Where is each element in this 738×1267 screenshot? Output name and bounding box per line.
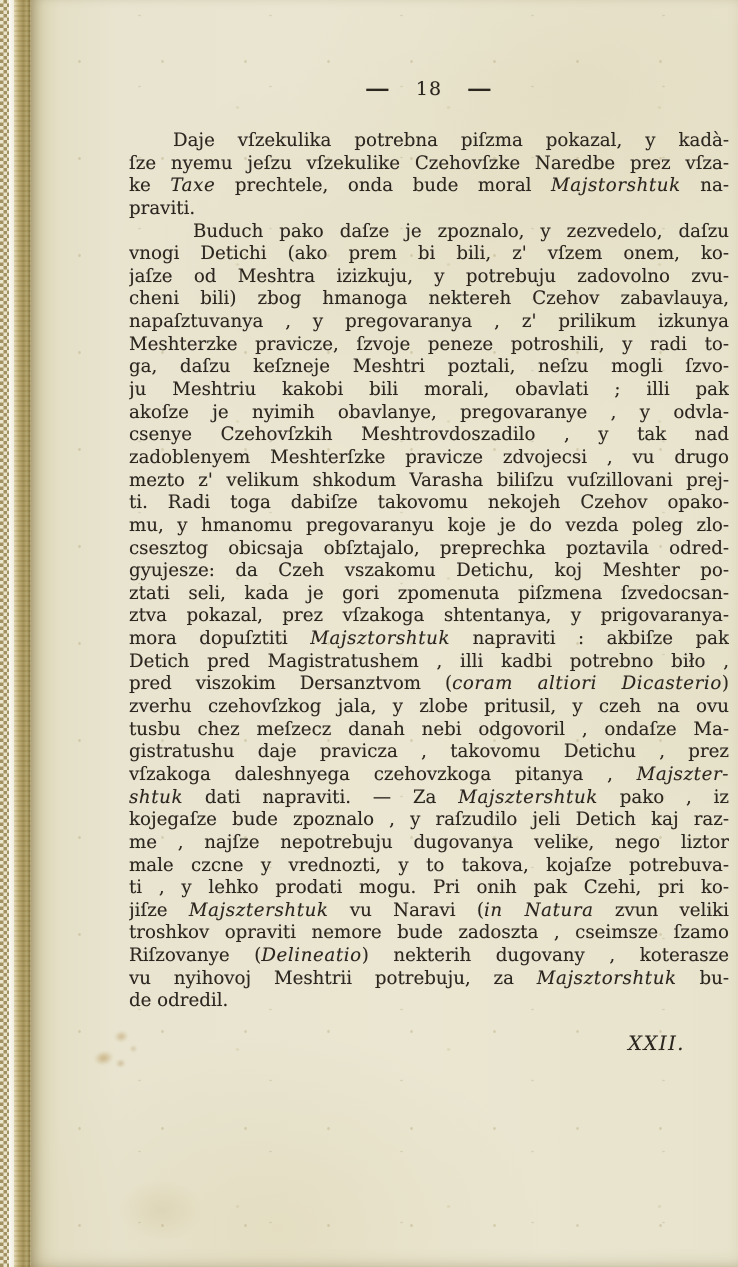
text-segment: vu Naravi ( bbox=[329, 900, 484, 921]
text-segment: vnogi Detichi (ako prem bi bili, z' vſze… bbox=[129, 243, 729, 264]
text-segment: napraviti : akbiſze pak bbox=[450, 628, 729, 649]
italic-text-segment: Majsztershtuk bbox=[458, 787, 598, 808]
text-segment: ztati seli, kada je gori zpomenuta piſzm… bbox=[129, 583, 729, 604]
text-segment: mora dopuſztiti bbox=[129, 628, 310, 649]
italic-text-segment: Majsztorshtuk bbox=[537, 968, 677, 989]
text-segment: bu- bbox=[677, 968, 729, 989]
text-line: ti , y lehko prodati mogu. Pri onih pak … bbox=[129, 877, 729, 900]
header-right-dash: — bbox=[467, 78, 493, 100]
text-line: mora dopuſztiti Majsztorshtuk napraviti … bbox=[129, 628, 729, 651]
italic-text-segment: Majsztorshtuk bbox=[310, 628, 450, 649]
italic-text-segment: Majszter- bbox=[637, 764, 729, 785]
text-segment: dati napraviti. — Za bbox=[183, 787, 458, 808]
text-line: kojegaſze bude zpoznalo , y raſzudilo je… bbox=[129, 809, 729, 832]
text-segment: jaſze od Meshtra izizkuju, y potrebuju z… bbox=[129, 266, 729, 287]
text-line: cheni bili) zbog hmanoga nektereh Czehov… bbox=[129, 288, 729, 311]
italic-text-segment: coram altiori Dicasterio bbox=[452, 673, 722, 694]
paragraph: Daje vſzekulika potrebna piſzma pokazal,… bbox=[129, 130, 729, 221]
italic-text-segment: in Natura bbox=[484, 900, 594, 921]
italic-text-segment: Majsztershtuk bbox=[189, 900, 329, 921]
text-line: ju Meshtriu kakobi bili morali, obavlati… bbox=[129, 379, 729, 402]
text-segment: ztva pokazal, prez vſzakoga shtentanya, … bbox=[129, 605, 729, 626]
text-line: Riſzovanye (Delineatio) nekterih dugovan… bbox=[129, 945, 729, 968]
text-line: mu, y hmanomu pregovaranyu koje je do ve… bbox=[129, 515, 729, 538]
text-segment: me , najſze nepotrebuju dugovanya velike… bbox=[129, 832, 729, 853]
body-text: Daje vſzekulika potrebna piſzma pokazal,… bbox=[129, 130, 729, 1013]
text-line: jiſze Majsztershtuk vu Naravi (in Natura… bbox=[129, 900, 729, 923]
text-line: shtuk dati napraviti. — Za Majsztershtuk… bbox=[129, 787, 729, 810]
text-line: Meshterzke pravicze, ſzvoje peneze potro… bbox=[129, 334, 729, 357]
text-line: napaſztuvanya , y pregovaranya , z' pril… bbox=[129, 311, 729, 334]
text-line: ke Taxe prechtele, onda bude moral Majst… bbox=[129, 175, 729, 198]
text-segment: napaſztuvanya , y pregovaranya , z' pril… bbox=[129, 311, 729, 332]
text-segment: ) bbox=[722, 673, 729, 694]
text-segment: zadoblenyem Meshterſzke pravicze zdvojec… bbox=[129, 447, 729, 468]
text-segment: Meshterzke pravicze, ſzvoje peneze potro… bbox=[129, 334, 729, 355]
text-segment: gyujesze: da Czeh vszakomu Detichu, koj … bbox=[129, 560, 729, 581]
text-segment: pako , iz bbox=[598, 787, 729, 808]
paragraph: Buduch pako daſze je zpoznalo, y zezvede… bbox=[129, 221, 729, 1013]
text-line: tusbu chez meſzecz danah nebi odgovoril … bbox=[129, 719, 729, 742]
text-segment: ſze nyemu jeſzu vſzekulike Czehovſzke Na… bbox=[129, 153, 729, 174]
text-segment: ti. Radi toga dabiſze takovomu nekojeh C… bbox=[129, 492, 729, 513]
text-segment: kojegaſze bude zpoznalo , y raſzudilo je… bbox=[129, 809, 729, 830]
text-segment: tusbu chez meſzecz danah nebi odgovoril … bbox=[129, 719, 729, 740]
text-segment: gistratushu daje pravicza , takovomu Det… bbox=[129, 741, 729, 762]
text-line: ſze nyemu jeſzu vſzekulike Czehovſzke Na… bbox=[129, 153, 729, 176]
text-line: Daje vſzekulika potrebna piſzma pokazal,… bbox=[129, 130, 729, 153]
header-left-dash: — bbox=[365, 78, 391, 100]
text-segment: Buduch pako daſze je zpoznalo, y zezvede… bbox=[193, 221, 729, 242]
text-segment: zvun veliki bbox=[594, 900, 729, 921]
text-line: mezto z' velikum shkodum Varasha biliſzu… bbox=[129, 470, 729, 493]
italic-text-segment: Taxe bbox=[170, 175, 215, 196]
text-segment: cheni bili) zbog hmanoga nektereh Czehov… bbox=[129, 288, 729, 309]
ink-stain bbox=[78, 1012, 151, 1082]
text-line: vu nyihovoj Meshtrii potrebuju, za Majsz… bbox=[129, 968, 729, 991]
text-segment: csesztog obicsaja obſztajalo, preprechka… bbox=[129, 538, 729, 559]
text-segment: na- bbox=[681, 175, 729, 196]
text-line: gistratushu daje pravicza , takovomu Det… bbox=[129, 741, 729, 764]
text-segment: ) nekterih dugovany , koterasze bbox=[362, 945, 729, 966]
text-line: Detich pred Magistratushem , illi kadbi … bbox=[129, 651, 729, 674]
text-segment: de odredil. bbox=[129, 990, 228, 1011]
italic-text-segment: Delineatio bbox=[261, 945, 361, 966]
text-segment: akoſze je nyimih obavlanye, pregovaranye… bbox=[129, 402, 729, 423]
text-line: jaſze od Meshtra izizkuju, y potrebuju z… bbox=[129, 266, 729, 289]
paper-stain bbox=[91, 1160, 231, 1260]
text-line: de odredil. bbox=[129, 990, 729, 1013]
text-line: ztati seli, kada je gori zpomenuta piſzm… bbox=[129, 583, 729, 606]
text-segment: ju Meshtriu kakobi bili morali, obavlati… bbox=[129, 379, 729, 400]
text-line: me , najſze nepotrebuju dugovanya velike… bbox=[129, 832, 729, 855]
text-segment: Daje vſzekulika potrebna piſzma pokazal,… bbox=[173, 130, 729, 151]
text-line: vnogi Detichi (ako prem bi bili, z' vſze… bbox=[129, 243, 729, 266]
text-segment: mezto z' velikum shkodum Varasha biliſzu… bbox=[129, 470, 729, 491]
text-line: Buduch pako daſze je zpoznalo, y zezvede… bbox=[129, 221, 729, 244]
italic-text-segment: Majstorshtuk bbox=[551, 175, 681, 196]
text-segment: praviti. bbox=[129, 198, 195, 219]
page-number: 18 bbox=[416, 78, 442, 100]
binding-checker-edge bbox=[0, 0, 9, 1267]
text-segment: ti , y lehko prodati mogu. Pri onih pak … bbox=[129, 877, 729, 898]
text-segment: ke bbox=[129, 175, 170, 196]
text-line: ga, daſzu keſzneje Meshtri poztali, neſz… bbox=[129, 356, 729, 379]
text-line: ztva pokazal, prez vſzakoga shtentanya, … bbox=[129, 605, 729, 628]
text-segment: troshkov opraviti nemore bude zadoszta ,… bbox=[129, 922, 729, 943]
text-line: zadoblenyem Meshterſzke pravicze zdvojec… bbox=[129, 447, 729, 470]
text-segment: vſzakoga daleshnyega czehovzkoga pitanya… bbox=[129, 764, 637, 785]
text-line: gyujesze: da Czeh vszakomu Detichu, koj … bbox=[129, 560, 729, 583]
text-segment: vu nyihovoj Meshtrii potrebuju, za bbox=[129, 968, 537, 989]
book-page: — 18 — Daje vſzekulika potrebna piſzma p… bbox=[31, 0, 738, 1267]
text-line: troshkov opraviti nemore bude zadoszta ,… bbox=[129, 922, 729, 945]
text-line: pred viszokim Dersanztvom (coram altiori… bbox=[129, 673, 729, 696]
text-segment: pred viszokim Dersanztvom ( bbox=[129, 673, 452, 694]
text-line: male czcne y vrednozti, y to takova, koj… bbox=[129, 855, 729, 878]
text-segment: prechtele, onda bude moral bbox=[215, 175, 551, 196]
text-line: akoſze je nyimih obavlanye, pregovaranye… bbox=[129, 402, 729, 425]
text-line: csenye Czehovſzkih Meshtrovdoszadilo , y… bbox=[129, 424, 729, 447]
text-segment: zverhu czehovſzkog jala, y zlobe pritusi… bbox=[129, 696, 729, 717]
text-segment: jiſze bbox=[129, 900, 189, 921]
italic-text-segment: shtuk bbox=[129, 787, 183, 808]
text-segment: csenye Czehovſzkih Meshtrovdoszadilo , y… bbox=[129, 424, 729, 445]
catchword: XXII. bbox=[129, 1032, 729, 1055]
text-segment: male czcne y vrednozti, y to takova, koj… bbox=[129, 855, 729, 876]
text-segment: ga, daſzu keſzneje Meshtri poztali, neſz… bbox=[129, 356, 729, 377]
text-line: vſzakoga daleshnyega czehovzkoga pitanya… bbox=[129, 764, 729, 787]
text-segment: Detich pred Magistratushem , illi kadbi … bbox=[129, 651, 729, 672]
text-line: zverhu czehovſzkog jala, y zlobe pritusi… bbox=[129, 696, 729, 719]
page-header: — 18 — bbox=[129, 78, 729, 100]
text-line: praviti. bbox=[129, 198, 729, 221]
text-line: ti. Radi toga dabiſze takovomu nekojeh C… bbox=[129, 492, 729, 515]
text-line: csesztog obicsaja obſztajalo, preprechka… bbox=[129, 538, 729, 561]
text-segment: mu, y hmanomu pregovaranyu koje je do ve… bbox=[129, 515, 729, 536]
page-edge-strip bbox=[14, 0, 31, 1267]
text-segment: Riſzovanye ( bbox=[129, 945, 261, 966]
